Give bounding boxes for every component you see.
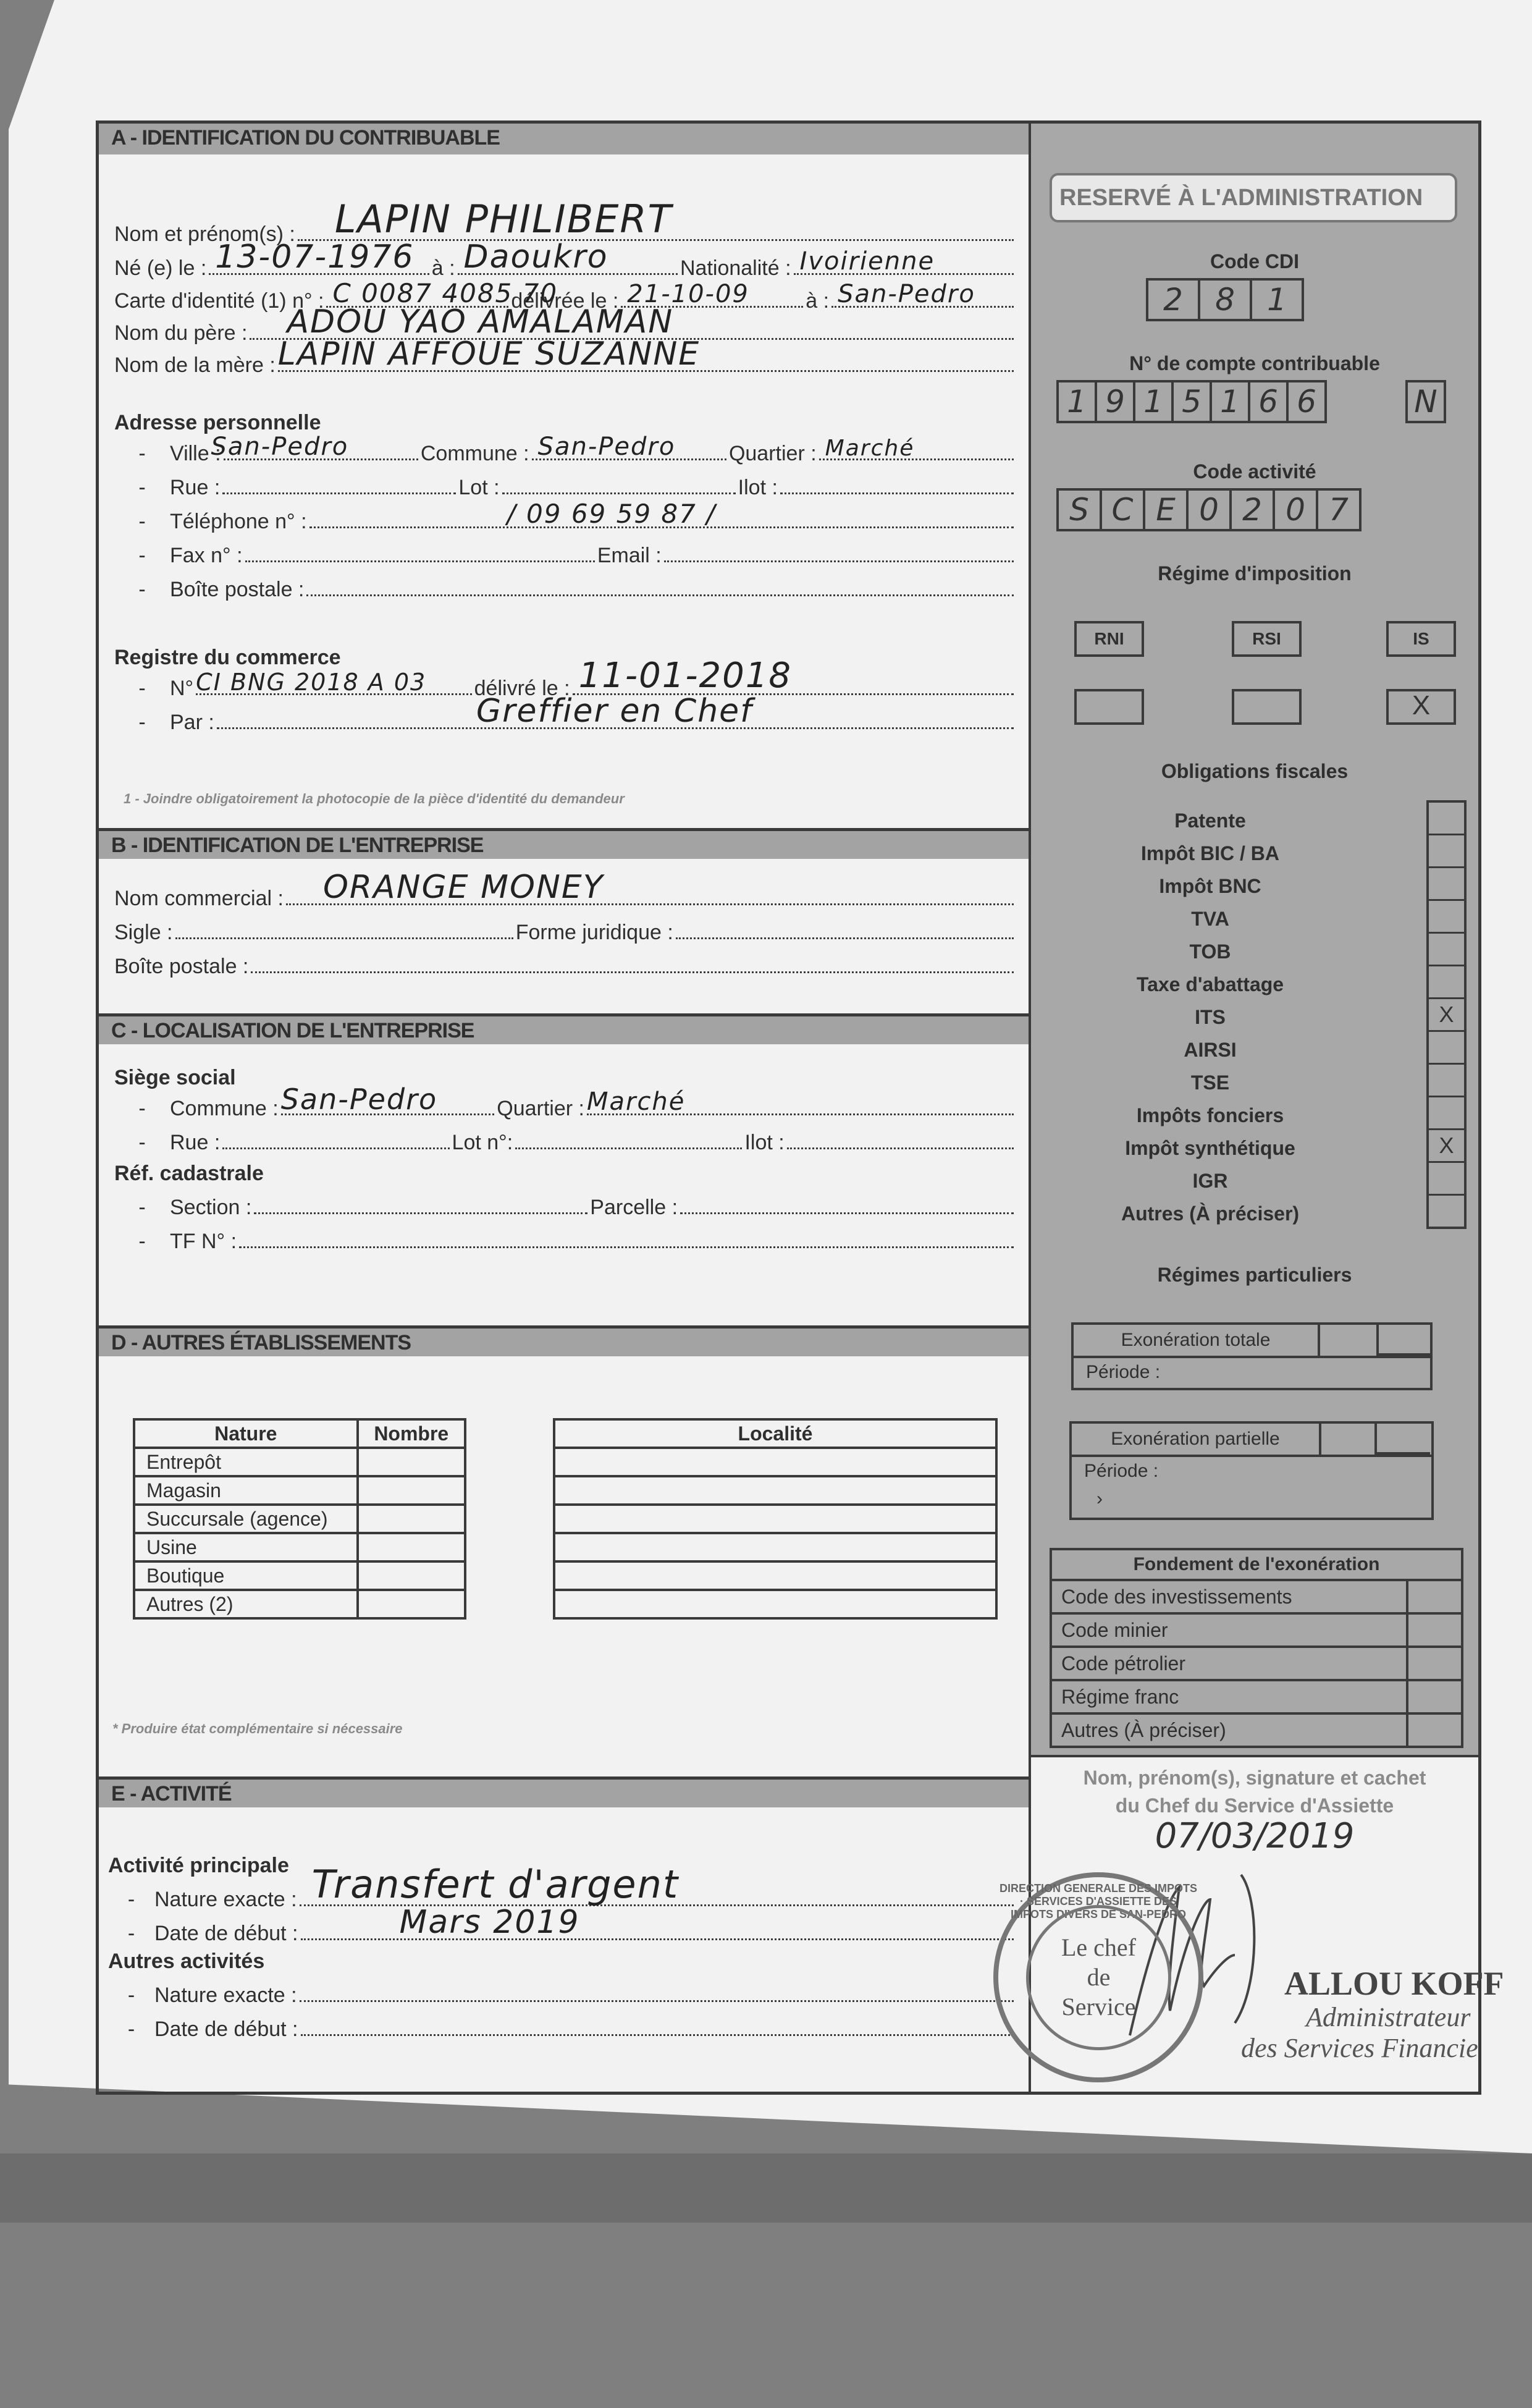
col-nombre: Nombre [358, 1419, 465, 1448]
regime-rni-checkbox[interactable] [1074, 689, 1144, 725]
obligation-checkbox[interactable] [1429, 1163, 1464, 1196]
footnote-1: 1 - Joindre obligatoirement la photocopi… [124, 791, 625, 807]
field-rue[interactable]: - Rue : Lot : Ilot : [114, 476, 1016, 500]
table-row: Code des investissements [1051, 1580, 1462, 1613]
obligation-checkbox[interactable] [1429, 1032, 1464, 1065]
obligation-checkbox[interactable] [1429, 1196, 1464, 1227]
code-cdi-label: Code CDI [1031, 250, 1478, 273]
officer-title-2: des Services Financie [1241, 2032, 1478, 2064]
table-row: Régime franc [1051, 1680, 1462, 1713]
value-rc-delivre: 11-01-2018 [579, 656, 792, 696]
field-mere[interactable]: Nom de la mère : LAPIN AFFOUE SUZANNE [114, 353, 1016, 378]
value-ville: San-Pedro [211, 433, 349, 461]
fondement-header: Fondement de l'exonération [1051, 1549, 1462, 1580]
col-nature: Nature [134, 1419, 358, 1448]
table-row: Succursale (agence) [134, 1505, 465, 1533]
value-rc-no: CI BNG 2018 A 03 [196, 669, 426, 696]
value-a: Daoukro [464, 239, 608, 276]
field-c-commune[interactable]: - Commune : San-Pedro Quartier : Marché [114, 1097, 1016, 1121]
section-a-header: A - IDENTIFICATION DU CONTRIBUABLE [99, 124, 1029, 154]
value-telephone: / 09 69 59 87 / [507, 499, 717, 529]
fondement-checkbox[interactable] [1407, 1580, 1462, 1613]
regime-label: Régime d'imposition [1031, 562, 1478, 585]
label-boite-postale: Boîte postale : [170, 578, 304, 602]
footnote-d: * Produire état complémentaire si nécess… [112, 1721, 403, 1737]
field-autres-nature[interactable]: - Nature exacte : [108, 1983, 1016, 2008]
label-nom-commercial: Nom commercial : [114, 887, 284, 911]
label-commune: Commune : [421, 442, 529, 466]
compte-key-cell[interactable]: N [1408, 380, 1446, 423]
fondement-checkbox[interactable] [1407, 1647, 1462, 1680]
obligation-checkbox[interactable] [1429, 835, 1464, 868]
value-nationalite: Ivoirienne [800, 247, 935, 276]
signature-label-2: du Chef du Service d'Assiette [1031, 1794, 1478, 1817]
label-rc-par: Par : [170, 711, 214, 735]
cadastre-heading: Réf. cadastrale [114, 1162, 264, 1186]
label-c-quartier: Quartier : [497, 1097, 584, 1121]
exo-totale-checkbox[interactable] [1376, 1325, 1432, 1356]
label-mere: Nom de la mère : [114, 353, 276, 378]
table-row: Entrepôt [134, 1448, 465, 1476]
label-lot: Lot : [458, 476, 499, 500]
localite-cell[interactable] [554, 1448, 996, 1476]
table-row: Boutique [134, 1561, 465, 1590]
fondement-table: Fondement de l'exonération Code des inve… [1050, 1548, 1463, 1748]
label-c-commune: Commune : [170, 1097, 279, 1121]
label-telephone: Téléphone n° : [170, 510, 307, 534]
label-a: à : [432, 256, 455, 281]
exo-partielle-periode: Période : [1072, 1455, 1431, 1485]
label-tf: TF N° : [170, 1230, 237, 1254]
label-ne-le: Né (e) le : [114, 256, 206, 281]
signature-label-1: Nom, prénom(s), signature et cachet [1031, 1767, 1478, 1789]
section-e-header: E - ACTIVITÉ [99, 1776, 1029, 1807]
exo-totale-periode: Période : [1074, 1356, 1430, 1387]
field-section[interactable]: - Section : Parcelle : [114, 1196, 1016, 1220]
code-cdi-cells[interactable]: 2 8 1 [1148, 278, 1304, 321]
table-row [554, 1476, 996, 1505]
section-d-header: D - AUTRES ÉTABLISSEMENTS [99, 1325, 1029, 1356]
table-row: Magasin [134, 1476, 465, 1505]
regime-is-label: IS [1386, 621, 1456, 657]
official-stamp: DIRECTION GENERALE DES IMPOTS · SERVICES… [993, 1872, 1203, 2082]
localite-cell[interactable] [554, 1533, 996, 1561]
label-c-ilot: Ilot : [744, 1131, 784, 1155]
value-c-commune: San-Pedro [281, 1083, 437, 1116]
stamp-center: Le chef de Service [1026, 1905, 1171, 2050]
table-row [554, 1448, 996, 1476]
label-date-debut: Date de début : [154, 1922, 298, 1946]
table-row [554, 1505, 996, 1533]
registre-heading: Registre du commerce [114, 646, 341, 670]
label-parcelle: Parcelle : [590, 1196, 678, 1220]
obligation-checkbox[interactable] [1429, 1065, 1464, 1097]
exoneration-totale-box[interactable]: Exonération totale Période : [1071, 1322, 1433, 1390]
label-fax: Fax n° : [170, 544, 243, 568]
value-ne-le: 13-07-1976 [215, 239, 414, 276]
value-c-quartier: Marché [587, 1088, 685, 1116]
nombre-cell[interactable] [358, 1533, 465, 1561]
table-row: Usine [134, 1533, 465, 1561]
autres-activites-heading: Autres activités [108, 1950, 264, 1974]
label-rue: Rue : [170, 476, 220, 500]
etablissements-table: Nature Nombre Entrepôt Magasin Succursal… [133, 1418, 466, 1620]
code-activite-label: Code activité [1031, 460, 1478, 483]
field-c-rue[interactable]: - Rue : Lot n°: Ilot : [114, 1131, 1016, 1155]
admin-title: RESERVÉ À L'ADMINISTRATION [1050, 173, 1457, 222]
value-nom: LAPIN PHILIBERT [335, 196, 673, 242]
fondement-checkbox[interactable] [1407, 1713, 1462, 1747]
value-nom-commercial: ORANGE MONEY [323, 869, 604, 906]
exoneration-partielle-box[interactable]: Exonération partielle Période : › [1069, 1421, 1434, 1520]
label-c-rue: Rue : [170, 1131, 220, 1155]
compte-cells[interactable]: 1 9 1 5 1 6 6 [1059, 380, 1327, 423]
exo-partielle-label: Exonération partielle [1072, 1424, 1321, 1457]
nombre-cell[interactable] [358, 1448, 465, 1476]
regimes-particuliers-label: Régimes particuliers [1031, 1264, 1478, 1286]
officer-title-1: Administrateur [1306, 2001, 1470, 2033]
exo-totale-label: Exonération totale [1074, 1325, 1320, 1358]
field-autres-date[interactable]: - Date de début : [108, 2017, 1016, 2042]
label-forme-juridique: Forme juridique : [516, 921, 673, 945]
value-date-debut: Mars 2019 [400, 1904, 580, 1941]
label-pere: Nom du père : [114, 321, 247, 345]
fondement-checkbox[interactable] [1407, 1680, 1462, 1713]
tax-form: A - IDENTIFICATION DU CONTRIBUABLE Nom e… [96, 120, 1481, 2095]
value-mere: LAPIN AFFOUE SUZANNE [278, 336, 700, 373]
label-delivree-a: à : [806, 289, 829, 313]
contribuable-panel: A - IDENTIFICATION DU CONTRIBUABLE Nom e… [99, 124, 1029, 2092]
officer-name: ALLOU KOFF [1284, 1964, 1504, 2003]
value-nature-exacte: Transfert d'argent [312, 1862, 680, 1907]
value-pere: ADOU YAO AMALAMAN [287, 303, 673, 340]
field-fax[interactable]: - Fax n° : Email : [114, 544, 1016, 568]
col-localite: Localité [554, 1419, 996, 1448]
field-b-boite-postale[interactable]: Boîte postale : [114, 955, 1016, 979]
regime-rsi-label: RSI [1232, 621, 1302, 657]
field-nom-commercial[interactable]: Nom commercial : ORANGE MONEY [114, 887, 1016, 911]
label-autres-nature: Nature exacte : [154, 1983, 297, 2008]
obligation-checkbox[interactable] [1429, 934, 1464, 966]
obligations-checkboxes: X X [1426, 800, 1467, 1229]
regime-is-checkbox[interactable]: X [1386, 689, 1456, 725]
regime-rni-label: RNI [1074, 621, 1144, 657]
table-row: Autres (À préciser) [1051, 1713, 1462, 1747]
field-sigle[interactable]: Sigle : Forme juridique : [114, 921, 1016, 945]
value-delivree-a: San-Pedro [838, 280, 975, 308]
obligation-checkbox[interactable] [1429, 1097, 1464, 1130]
table-row: Autres (2) [134, 1590, 465, 1618]
table-row: Code pétrolier [1051, 1647, 1462, 1680]
compte-label: N° de compte contribuable [1031, 352, 1478, 375]
activite-principale-heading: Activité principale [108, 1854, 289, 1878]
scanner-band [0, 2153, 1532, 2223]
label-nature-exacte: Nature exacte : [154, 1888, 297, 1912]
obligation-checkbox[interactable]: X [1429, 999, 1464, 1032]
obligation-checkbox[interactable] [1429, 803, 1464, 835]
nombre-cell[interactable] [358, 1476, 465, 1505]
field-tf[interactable]: - TF N° : [114, 1230, 1016, 1254]
signature-date: 07/03/2019 [1031, 1816, 1478, 1856]
obligation-checkbox[interactable] [1429, 868, 1464, 901]
label-sigle: Sigle : [114, 921, 173, 945]
chevron-right-icon: › [1096, 1489, 1103, 1510]
localite-cell[interactable] [554, 1561, 996, 1590]
localite-cell[interactable] [554, 1476, 996, 1505]
nombre-cell[interactable] [358, 1590, 465, 1618]
label-b-boite-postale: Boîte postale : [114, 955, 248, 979]
table-row [554, 1590, 996, 1618]
section-c-header: C - LOCALISATION DE L'ENTREPRISE [99, 1013, 1029, 1044]
section-b-header: B - IDENTIFICATION DE L'ENTREPRISE [99, 828, 1029, 859]
fondement-checkbox[interactable] [1407, 1613, 1462, 1647]
value-rc-par: Greffier en Chef [476, 693, 753, 730]
field-telephone[interactable]: - Téléphone n° : / 09 69 59 87 / [114, 510, 1016, 534]
field-naissance[interactable]: Né (e) le : 13-07-1976 à : Daoukro Natio… [114, 256, 1016, 281]
label-section: Section : [170, 1196, 251, 1220]
siege-heading: Siège social [114, 1066, 236, 1090]
label-nationalite: Nationalité : [680, 256, 791, 281]
localite-cell[interactable] [554, 1505, 996, 1533]
administration-panel: RESERVÉ À L'ADMINISTRATION Code CDI 2 8 … [1029, 124, 1478, 1755]
table-row [554, 1533, 996, 1561]
nombre-cell[interactable] [358, 1561, 465, 1590]
value-quartier: Marché [825, 436, 915, 461]
field-rc-par[interactable]: - Par : Greffier en Chef [114, 711, 1016, 735]
exo-partielle-checkbox[interactable] [1374, 1424, 1430, 1455]
localite-table: Localité [553, 1418, 998, 1620]
nombre-cell[interactable] [358, 1505, 465, 1533]
obligation-checkbox[interactable] [1429, 901, 1464, 934]
code-activite-cells[interactable]: S C E 0 2 0 7 [1059, 488, 1362, 531]
obligation-checkbox[interactable]: X [1429, 1130, 1464, 1163]
field-boite-postale[interactable]: - Boîte postale : [114, 578, 1016, 602]
table-row: Code minier [1051, 1613, 1462, 1647]
table-row [554, 1561, 996, 1590]
field-date-debut[interactable]: - Date de début : Mars 2019 [108, 1922, 1016, 1946]
label-quartier: Quartier : [729, 442, 817, 466]
regime-rsi-checkbox[interactable] [1232, 689, 1302, 725]
label-c-lot: Lot n°: [452, 1131, 513, 1155]
value-commune: San-Pedro [538, 433, 676, 461]
obligation-checkbox[interactable] [1429, 966, 1464, 999]
adresse-heading: Adresse personnelle [114, 411, 321, 435]
obligations-label: Obligations fiscales [1031, 760, 1478, 783]
field-ville[interactable]: - Ville : San-Pedro Commune : San-Pedro … [114, 442, 1016, 466]
label-rc-no: N° [170, 677, 193, 701]
label-autres-date: Date de début : [154, 2017, 298, 2042]
label-ilot: Ilot : [738, 476, 778, 500]
localite-cell[interactable] [554, 1590, 996, 1618]
label-email: Email : [597, 544, 662, 568]
